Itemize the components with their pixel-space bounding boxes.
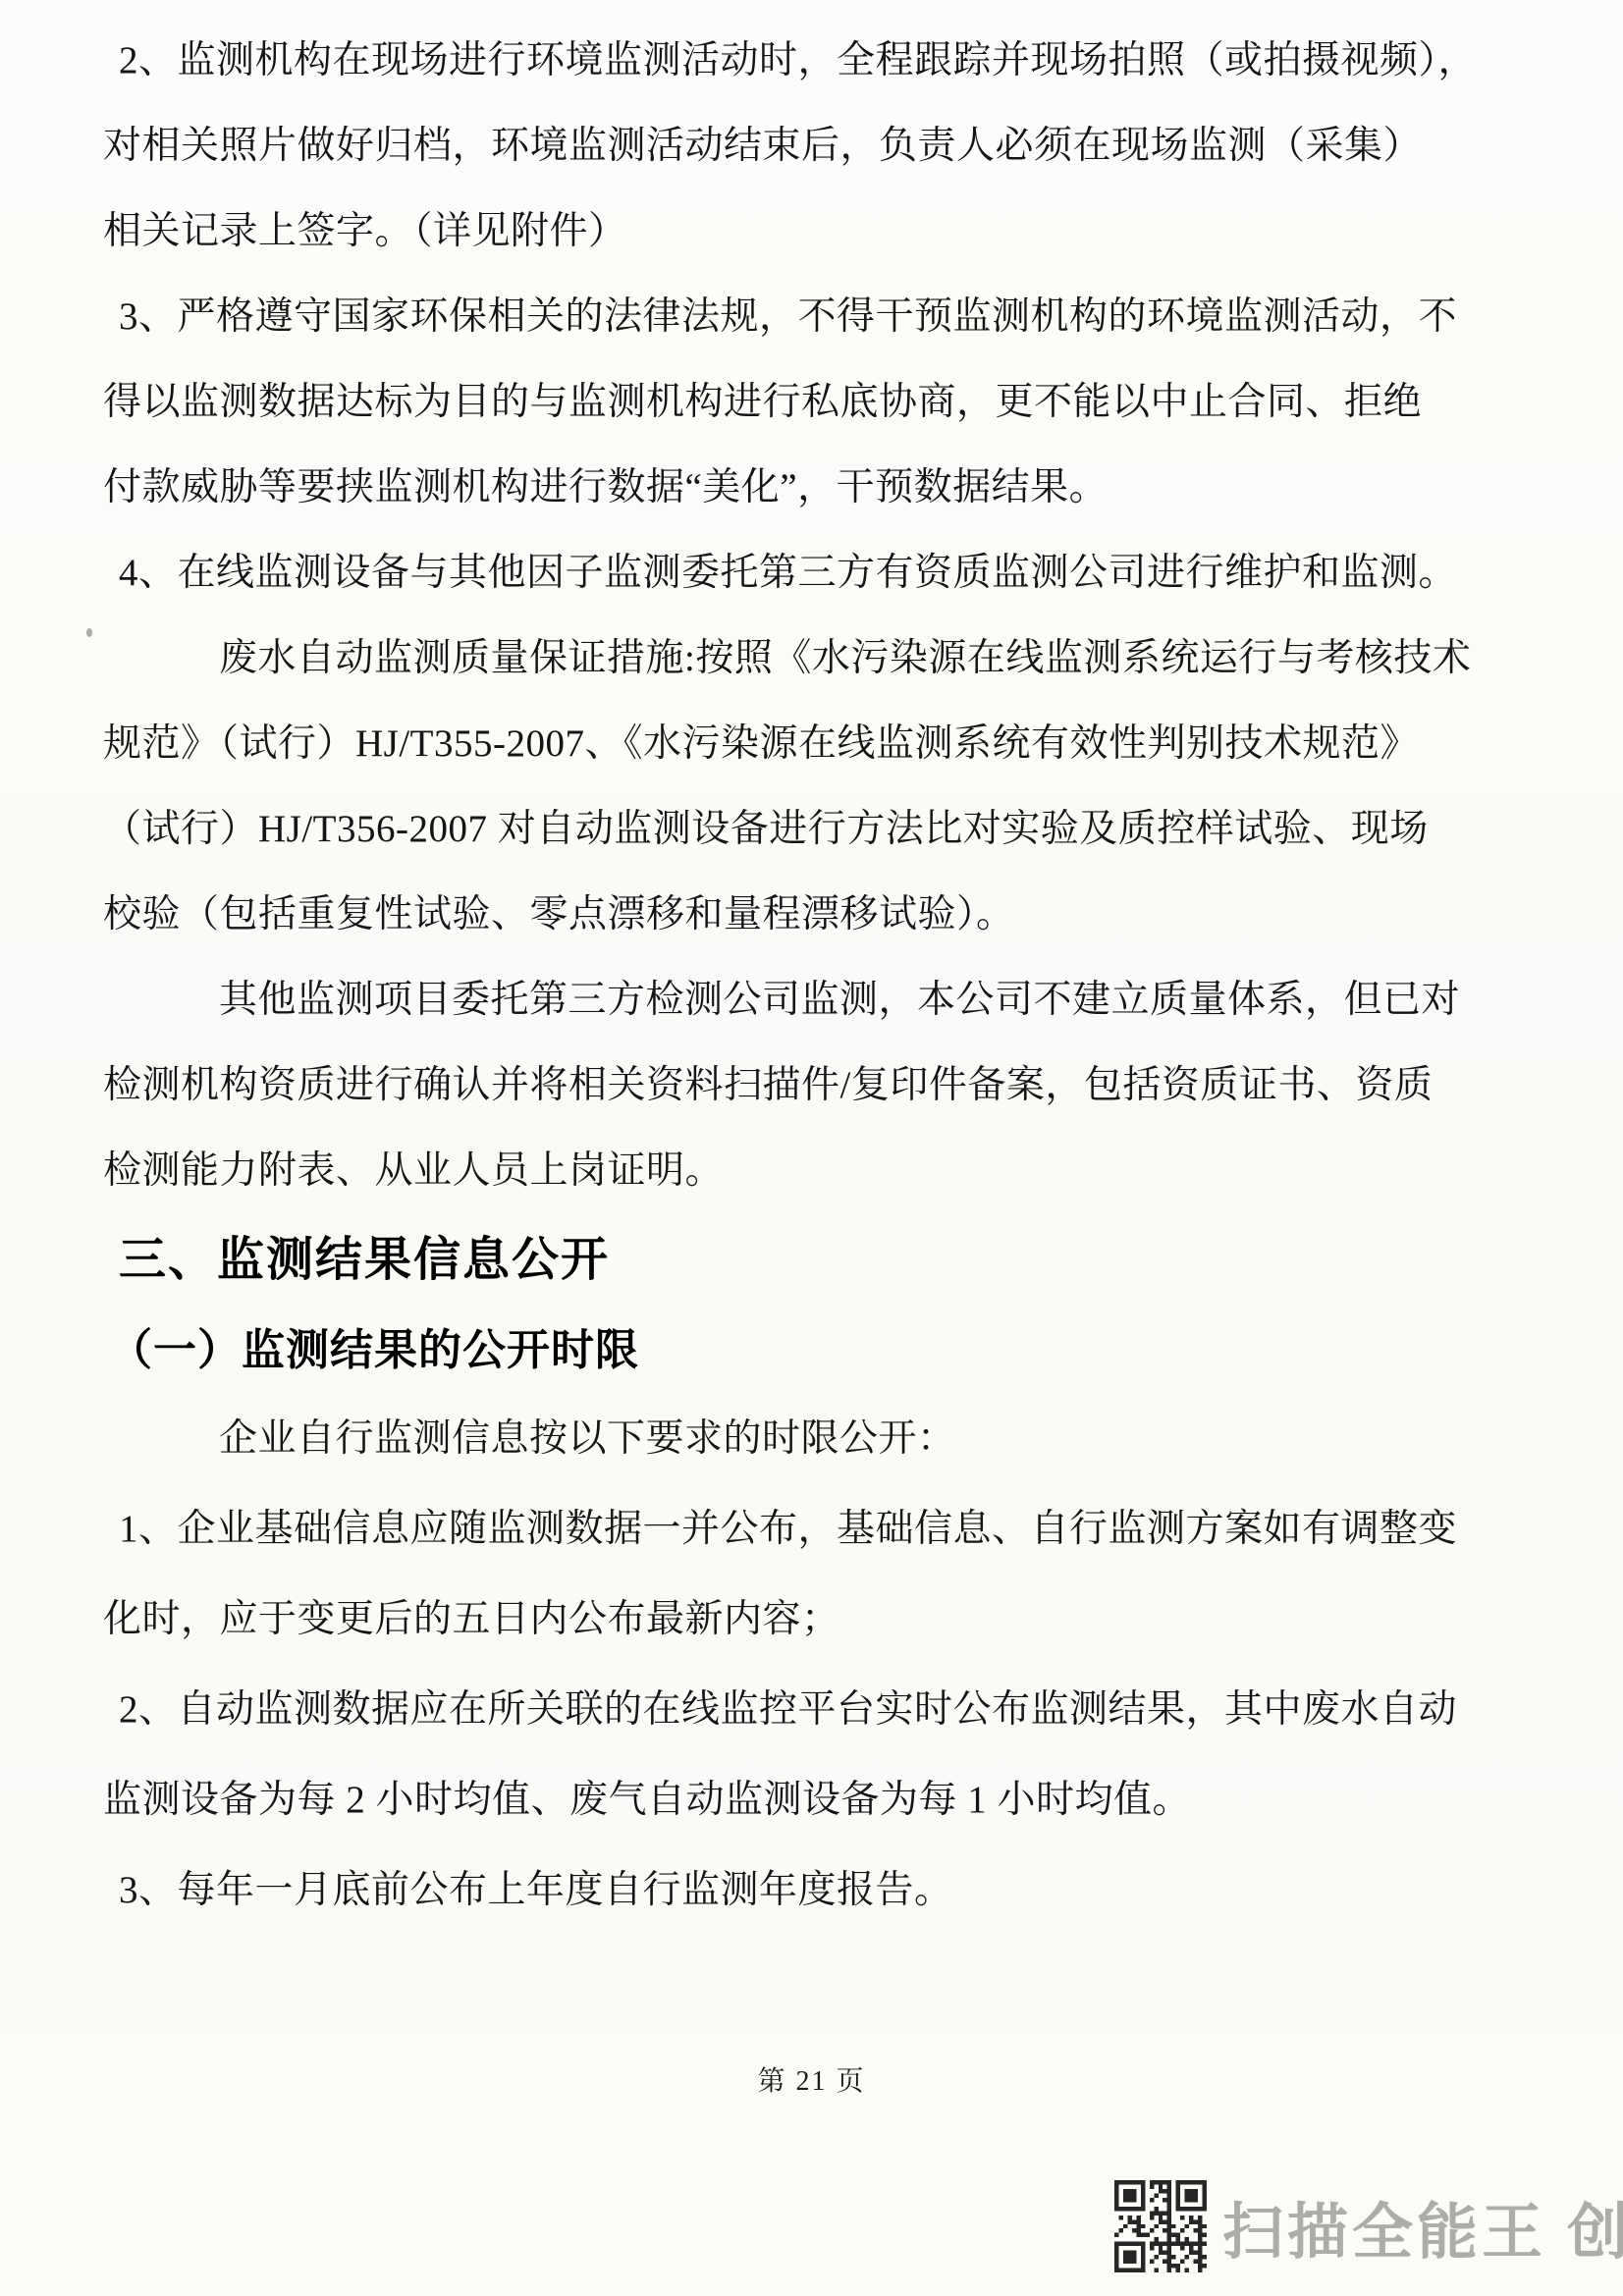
section-subheading: （一）监测结果的公开时限	[103, 1308, 1517, 1394]
text-line: 废水自动监测质量保证措施:按照《水污染源在线监测系统运行与考核技术	[103, 615, 1517, 701]
text-line: 2、监测机构在现场进行环境监测活动时，全程跟踪并现场拍照（或拍摄视频），	[103, 18, 1517, 103]
camscanner-watermark: 扫描全能王 创建	[1114, 2179, 1623, 2273]
text-line: 4、在线监测设备与其他因子监测委托第三方有资质监测公司进行维护和监测。	[103, 530, 1517, 615]
text-line: 检测能力附表、从业人员上岗证明。	[103, 1128, 1517, 1213]
text-line: 检测机构资质进行确认并将相关资料扫描件/复印件备案，包括资质证书、资质	[103, 1042, 1517, 1128]
paragraph-block-quality-assurance: 2、监测机构在现场进行环境监测活动时，全程跟踪并现场拍照（或拍摄视频），对相关照…	[103, 18, 1517, 1213]
text-line: 付款威胁等要挟监测机构进行数据“美化”，干预数据结果。	[103, 445, 1517, 530]
scan-artifact-speck	[86, 628, 92, 637]
page-number: 第 21 页	[0, 2059, 1623, 2099]
text-line: 监测设备为每 2 小时均值、废气自动监测设备为每 1 小时均值。	[103, 1755, 1517, 1845]
text-line: 1、企业基础信息应随监测数据一并公布，基础信息、自行监测方案如有调整变	[103, 1484, 1517, 1575]
section-heading: 三、监测结果信息公开	[103, 1213, 1517, 1308]
text-line: 3、严格遵守国家环保相关的法律法规，不得干预监测机构的环境监测活动，不	[103, 274, 1517, 359]
text-line: 校验（包括重复性试验、零点漂移和量程漂移试验）。	[103, 872, 1517, 957]
text-line: 3、每年一月底前公布上年度自行监测年度报告。	[103, 1845, 1517, 1936]
text-line: 其他监测项目委托第三方检测公司监测，本公司不建立质量体系，但已对	[103, 957, 1517, 1042]
text-line: 规范》（试行）HJ/T355-2007、《水污染源在线监测系统有效性判别技术规范…	[103, 701, 1517, 786]
scanned-document-page: 2、监测机构在现场进行环境监测活动时，全程跟踪并现场拍照（或拍摄视频），对相关照…	[0, 0, 1623, 2296]
text-line: 相关记录上签字。（详见附件）	[103, 188, 1517, 274]
text-line: 2、自动监测数据应在所关联的在线监控平台实时公布监测结果，其中废水自动	[103, 1665, 1517, 1755]
text-line: 企业自行监测信息按以下要求的时限公开：	[103, 1394, 1517, 1484]
watermark-label: 扫描全能王 创建	[1222, 2183, 1623, 2270]
document-body: 2、监测机构在现场进行环境监测活动时，全程跟踪并现场拍照（或拍摄视频），对相关照…	[103, 18, 1517, 1936]
paragraph-block-disclosure-deadlines: 企业自行监测信息按以下要求的时限公开：1、企业基础信息应随监测数据一并公布，基础…	[103, 1394, 1517, 1936]
text-line: 得以监测数据达标为目的与监测机构进行私底协商，更不能以中止合同、拒绝	[103, 359, 1517, 445]
text-line: 对相关照片做好归档，环境监测活动结束后，负责人必须在现场监测（采集）	[103, 103, 1517, 188]
text-line: 化时，应于变更后的五日内公布最新内容；	[103, 1575, 1517, 1665]
qr-code-icon	[1114, 2179, 1207, 2273]
text-line: （试行）HJ/T356-2007 对自动监测设备进行方法比对实验及质控样试验、现…	[103, 786, 1517, 872]
